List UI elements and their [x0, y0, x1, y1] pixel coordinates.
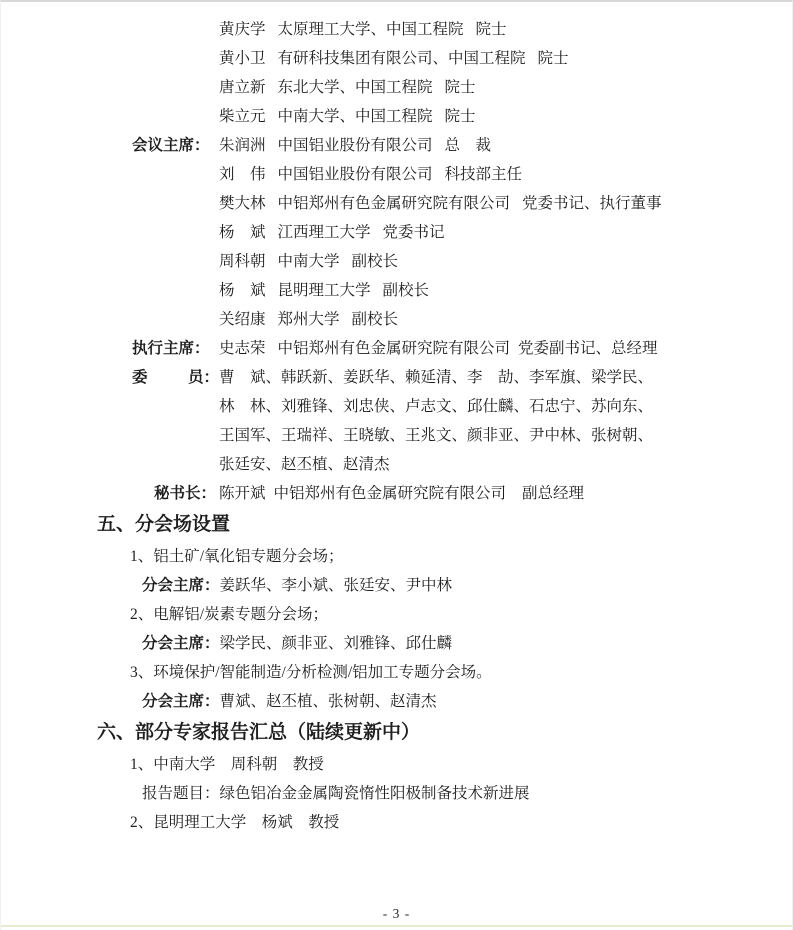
person-affiliation: 江西理工大学 — [278, 224, 371, 241]
person-title: 科技部主任 — [445, 166, 523, 183]
page-bottom-divider — [1, 925, 792, 927]
person-title: 副校长 — [383, 282, 430, 299]
conference-chair-line: 樊大林中铝郑州有色金属研究院有限公司党委书记、执行董事 — [132, 189, 792, 218]
person-affiliation: 郑州大学 — [278, 311, 340, 328]
person-affiliation: 有研科技集团有限公司、中国工程院 — [278, 50, 526, 67]
subvenue-chairs-line: 分会主席：曹斌、赵丕植、张树朝、赵清杰 — [142, 687, 792, 716]
conference-chair-line: 关绍康郑州大学副校长 — [132, 305, 792, 334]
committee-line: 张廷安、赵丕植、赵清杰 — [219, 450, 792, 479]
academician-line: 黄庆学太原理工大学、中国工程院院士 — [219, 15, 792, 44]
subvenue-item: 1、铝土矿/氧化铝专题分会场； — [130, 542, 792, 571]
person-affiliation: 中南大学、中国工程院 — [278, 108, 433, 125]
subvenue-chair-label: 分会主席： — [142, 577, 220, 594]
person-name: 柴立元 — [219, 108, 266, 125]
subvenue-item: 2、电解铝/炭素专题分会场； — [130, 600, 792, 629]
person-affiliation: 中铝郑州有色金属研究院有限公司 — [278, 195, 511, 212]
conference-chair-line: 周科朝中南大学副校长 — [132, 247, 792, 276]
committee-members-row: 曹 斌、韩跃新、姜跃华、赖延清、李 劼、李军旗、梁学民、 — [219, 369, 653, 386]
person-affiliation: 太原理工大学、中国工程院 — [278, 21, 464, 38]
person-name: 黄庆学 — [219, 21, 266, 38]
committee-label-second: 员： — [188, 363, 219, 392]
committee-line: 王国军、王瑞祥、王晓敏、王兆文、颜非亚、尹中林、张树朝、 — [219, 421, 792, 450]
conference-chair-label: 会议主席： — [132, 131, 219, 160]
academician-line: 柴立元中南大学、中国工程院院士 — [219, 102, 792, 131]
executive-chair-label: 执行主席： — [132, 334, 219, 363]
person-name: 朱润洲 — [219, 137, 266, 154]
person-title: 院士 — [445, 79, 476, 96]
section5-heading: 五、分会场设置 — [97, 510, 792, 539]
academician-line: 黄小卫有研科技集团有限公司、中国工程院院士 — [219, 44, 792, 73]
person-name: 杨 斌 — [219, 224, 266, 241]
subvenue-chairs: 曹斌、赵丕植、张树朝、赵清杰 — [220, 693, 437, 710]
conference-chair-line: 刘 伟中国铝业股份有限公司科技部主任 — [132, 160, 792, 189]
executive-chair-line: 执行主席：史志荣中铝郑州有色金属研究院有限公司党委副书记、总经理 — [132, 334, 792, 363]
person-affiliation: 昆明理工大学 — [278, 282, 371, 299]
report-speaker-line: 2、昆明理工大学 杨斌 教授 — [130, 808, 792, 837]
person-affiliation: 中铝郑州有色金属研究院有限公司 — [274, 485, 507, 502]
secretary-label: 秘书长： — [154, 479, 219, 508]
person-affiliation: 东北大学、中国工程院 — [278, 79, 433, 96]
document-page: 黄庆学太原理工大学、中国工程院院士 黄小卫有研科技集团有限公司、中国工程院院士 … — [0, 0, 793, 930]
person-name: 周科朝 — [219, 253, 266, 270]
person-title: 总 裁 — [445, 137, 492, 154]
person-title: 副总经理 — [522, 485, 584, 502]
person-name: 樊大林 — [219, 195, 266, 212]
committee-label: 委员： — [132, 363, 219, 392]
academician-line: 唐立新东北大学、中国工程院院士 — [219, 73, 792, 102]
person-name: 刘 伟 — [219, 166, 266, 183]
person-affiliation: 中国铝业股份有限公司 — [278, 166, 433, 183]
committee-line: 委员：曹 斌、韩跃新、姜跃华、赖延清、李 劼、李军旗、梁学民、 — [132, 363, 792, 392]
subvenue-chairs: 姜跃华、李小斌、张廷安、尹中林 — [220, 577, 453, 594]
section6-heading: 六、部分专家报告汇总（陆续更新中） — [97, 718, 792, 747]
secretary-line: 秘书长：陈开斌中铝郑州有色金属研究院有限公司副总经理 — [154, 479, 792, 508]
person-title: 副校长 — [352, 311, 399, 328]
document-content: 黄庆学太原理工大学、中国工程院院士 黄小卫有研科技集团有限公司、中国工程院院士 … — [1, 2, 792, 837]
person-name: 史志荣 — [219, 340, 266, 357]
person-title: 副校长 — [352, 253, 399, 270]
subvenue-chairs-line: 分会主席：姜跃华、李小斌、张廷安、尹中林 — [142, 571, 792, 600]
person-title: 党委书记 — [383, 224, 445, 241]
report-title-label: 报告题目： — [142, 785, 220, 802]
report-speaker-line: 1、中南大学 周科朝 教授 — [130, 750, 792, 779]
committee-members-row: 林 林、刘雅锋、刘忠侠、卢志文、邱仕麟、石忠宁、苏向东、 — [219, 398, 653, 415]
person-name: 黄小卫 — [219, 50, 266, 67]
person-title: 院士 — [445, 108, 476, 125]
page-number: - 3 - — [1, 906, 792, 922]
person-name: 关绍康 — [219, 311, 266, 328]
committee-members-row: 张廷安、赵丕植、赵清杰 — [219, 456, 390, 473]
person-name: 陈开斌 — [219, 485, 266, 502]
committee-label-first: 委 — [132, 363, 148, 392]
subvenue-chair-label: 分会主席： — [142, 693, 220, 710]
person-title: 党委书记、执行董事 — [522, 195, 662, 212]
person-affiliation: 中南大学 — [278, 253, 340, 270]
conference-chair-line: 杨 斌江西理工大学党委书记 — [132, 218, 792, 247]
subvenue-item: 3、环境保护/智能制造/分析检测/铝加工专题分会场。 — [130, 658, 792, 687]
person-title: 院士 — [476, 21, 507, 38]
person-name: 唐立新 — [219, 79, 266, 96]
committee-line: 林 林、刘雅锋、刘忠侠、卢志文、邱仕麟、石忠宁、苏向东、 — [219, 392, 792, 421]
conference-chair-line: 会议主席：朱润洲中国铝业股份有限公司总 裁 — [132, 131, 792, 160]
subvenue-chairs-line: 分会主席：梁学民、颜非亚、刘雅锋、邱仕麟 — [142, 629, 792, 658]
person-title: 党委副书记、总经理 — [518, 340, 658, 357]
subvenue-chairs: 梁学民、颜非亚、刘雅锋、邱仕麟 — [220, 635, 453, 652]
person-title: 院士 — [538, 50, 569, 67]
conference-chair-line: 杨 斌昆明理工大学副校长 — [132, 276, 792, 305]
person-name: 杨 斌 — [219, 282, 266, 299]
subvenue-chair-label: 分会主席： — [142, 635, 220, 652]
person-affiliation: 中铝郑州有色金属研究院有限公司 — [278, 340, 511, 357]
report-title-line: 报告题目：绿色铝冶金金属陶瓷惰性阳极制备技术新进展 — [142, 779, 792, 808]
committee-members-row: 王国军、王瑞祥、王晓敏、王兆文、颜非亚、尹中林、张树朝、 — [219, 427, 653, 444]
person-affiliation: 中国铝业股份有限公司 — [278, 137, 433, 154]
report-title: 绿色铝冶金金属陶瓷惰性阳极制备技术新进展 — [220, 785, 530, 802]
